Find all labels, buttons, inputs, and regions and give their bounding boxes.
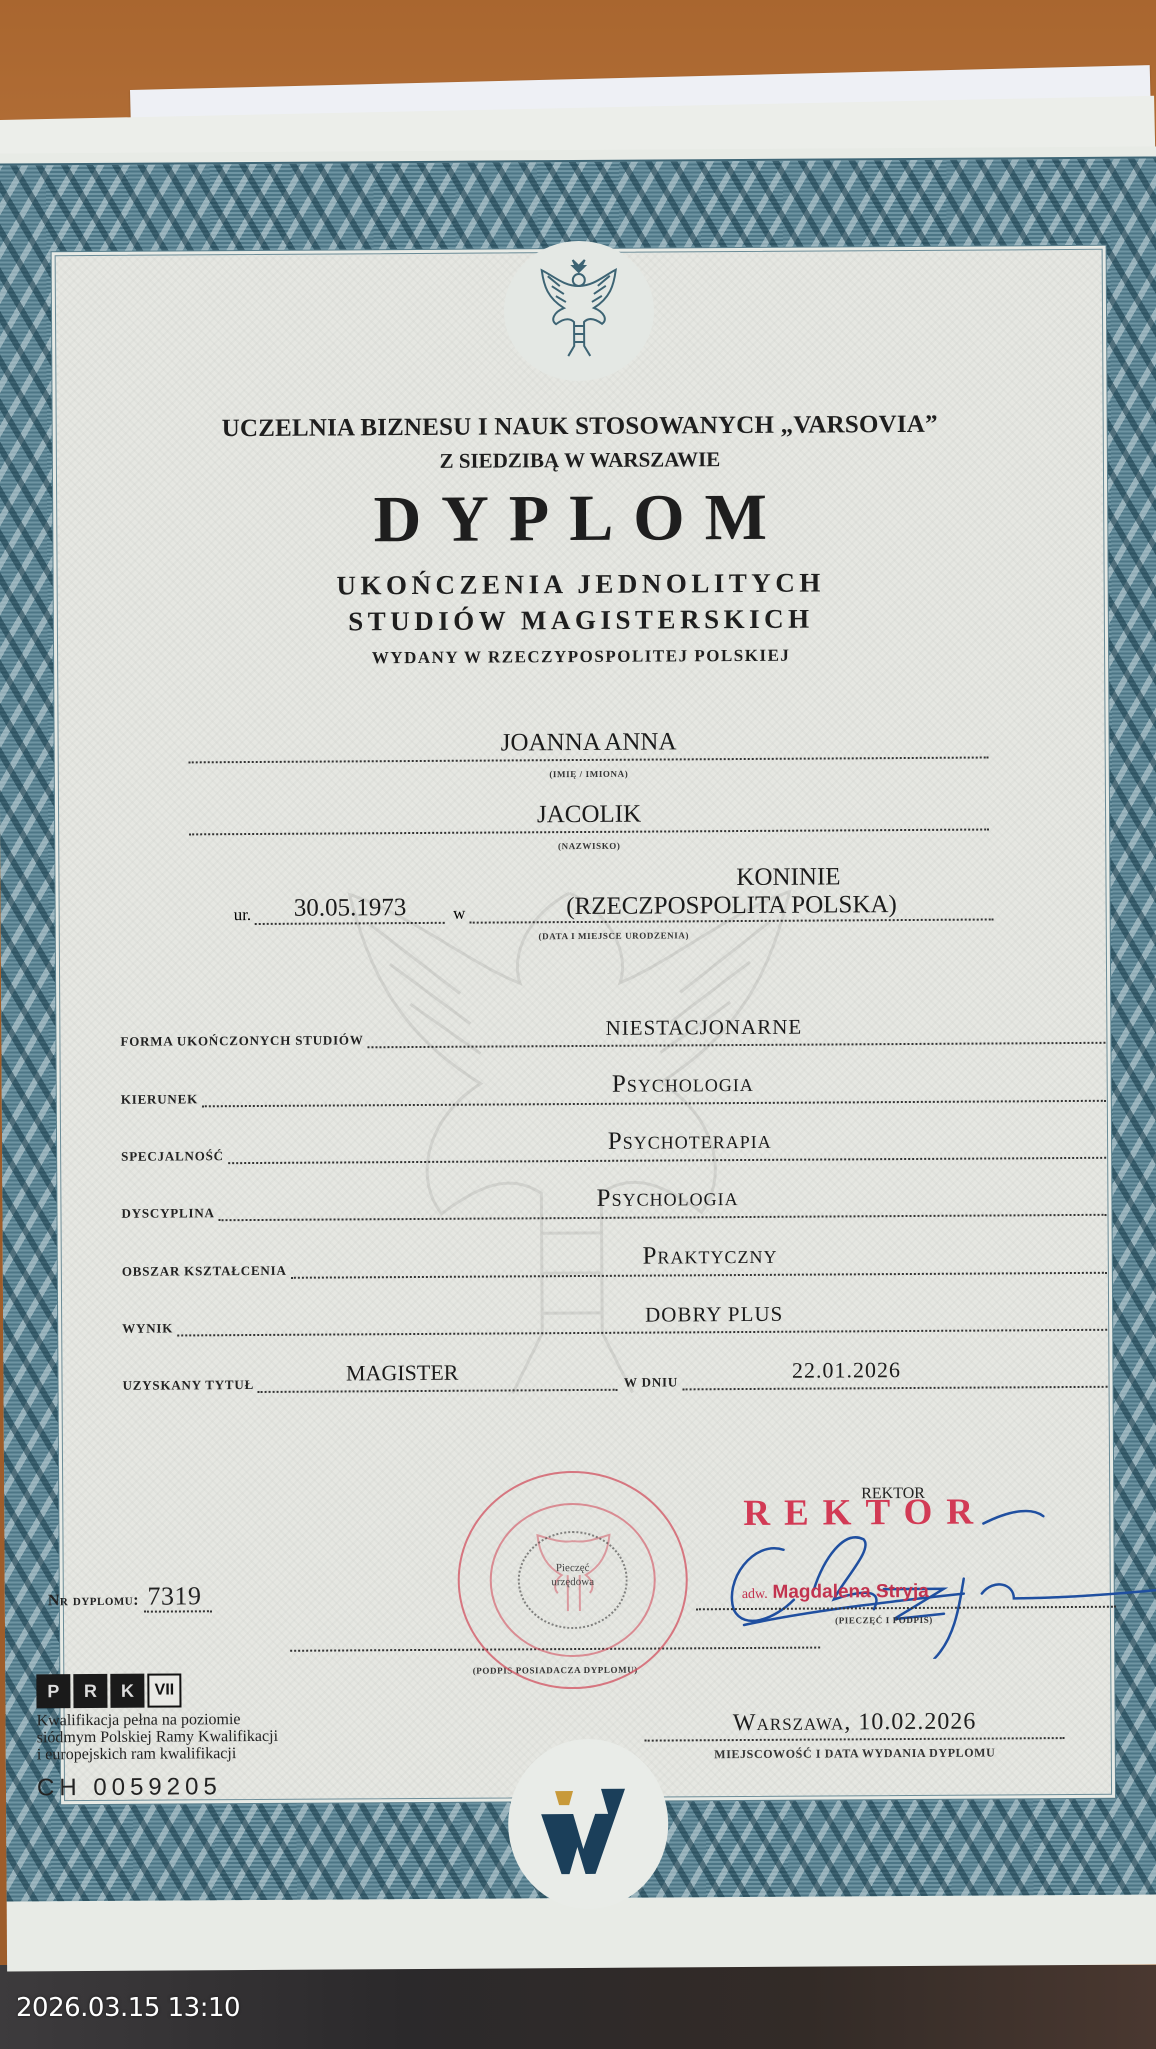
surname-field: JACOLIK (NAZWISKO) xyxy=(189,799,989,854)
birth-place-line1: KONINIE xyxy=(663,863,913,893)
first-names-value: JOANNA ANNA xyxy=(189,727,989,764)
field-label: FORMA UKOŃCZONYCH STUDIÓW xyxy=(120,1032,363,1049)
varsovia-w-logo-icon xyxy=(508,1738,669,1909)
prk-description: Kwalifikacja pełna na poziomie siódmym P… xyxy=(37,1711,279,1763)
university-name: UCZELNIA BIZNESU I NAUK STOSOWANYCH „VAR… xyxy=(57,410,1103,444)
field-value: Psychologia xyxy=(612,1070,754,1099)
rector-name-line: adw. Magdalena Stryja xyxy=(742,1581,929,1604)
diploma-inner-panel: UCZELNIA BIZNESU I NAUK STOSOWANYCH „VAR… xyxy=(55,249,1112,1801)
document-subtitle-line2: STUDIÓW MAGISTERSKICH xyxy=(58,602,1104,639)
field-row-wynik: WYNIK DOBRY PLUS xyxy=(122,1315,1107,1337)
issue-place-date-caption: MIEJSCOWOŚĆ I DATA WYDANIA DYPLOMU xyxy=(645,1745,1065,1763)
field-label: OBSZAR KSZTAŁCENIA xyxy=(122,1263,287,1280)
issued-in-text: WYDANY W RZECZYPOSPOLITEJ POLSKIEJ xyxy=(58,644,1104,670)
first-names-caption: (IMIĘ / IMIONA) xyxy=(189,767,989,782)
issue-place-date: Warszawa, 10.02.2026 MIEJSCOWOŚĆ I DATA … xyxy=(645,1708,1065,1763)
rector-prefix: adw. xyxy=(742,1587,768,1602)
field-row-specjalnosc: SPECJALNOŚĆ Psychoterapia xyxy=(121,1143,1106,1165)
field-row-obszar: OBSZAR KSZTAŁCENIA Praktyczny xyxy=(122,1258,1107,1280)
polish-eagle-icon xyxy=(504,241,655,382)
surname-caption: (NAZWISKO) xyxy=(189,839,989,854)
photo-timestamp: 2026.03.15 13:10 xyxy=(16,1993,240,2023)
field-row-kierunek: KIERUNEK Psychologia xyxy=(121,1086,1106,1108)
prk-letter: R xyxy=(73,1674,107,1708)
field-value: DOBRY PLUS xyxy=(645,1302,783,1328)
surname-value: JACOLIK xyxy=(189,799,989,836)
degree-label: UZYSKANY TYTUŁ xyxy=(122,1377,254,1394)
prk-level: VII xyxy=(147,1673,181,1707)
field-label: SPECJALNOŚĆ xyxy=(121,1148,224,1165)
issue-place-date-value: Warszawa, 10.02.2026 xyxy=(645,1708,1065,1738)
diploma-sheet: UCZELNIA BIZNESU I NAUK STOSOWANYCH „VAR… xyxy=(0,146,1156,1971)
prk-badge: P R K VII xyxy=(36,1673,184,1708)
guilloche-border: UCZELNIA BIZNESU I NAUK STOSOWANYCH „VAR… xyxy=(0,156,1156,1901)
serial-number: CH 0059205 xyxy=(37,1773,222,1802)
birth-date-value: 30.05.1973 xyxy=(255,894,445,925)
rector-caption: (PIECZĘĆ I PODPIS) xyxy=(744,1614,1024,1626)
rector-name: Magdalena Stryja xyxy=(772,1581,928,1603)
field-row-dyscyplina: DYSCYPLINA Psychologia xyxy=(121,1200,1106,1222)
official-stamp: Pieczęć urzędowa xyxy=(457,1470,688,1689)
prk-letter: K xyxy=(110,1674,144,1708)
stamp-text-line1: Pieczęć xyxy=(460,1560,686,1575)
birth-place-line2: (RZECZPOSPOLITA POLSKA) xyxy=(469,890,993,923)
degree-value: MAGISTER xyxy=(346,1360,459,1387)
field-row-form: FORMA UKOŃCZONYCH STUDIÓW NIESTACJONARNE xyxy=(120,1028,1105,1050)
birth-field: KONINIE ur. 30.05.1973 w (RZECZPOSPOLITA… xyxy=(233,862,993,943)
field-label: KIERUNEK xyxy=(121,1091,198,1107)
document-subtitle-line1: UKOŃCZENIA JEDNOLITYCH xyxy=(58,566,1104,603)
born-label: ur. xyxy=(234,905,252,925)
diploma-number: Nr dyplomu: 7319 xyxy=(48,1581,212,1612)
field-value: NIESTACJONARNE xyxy=(605,1015,802,1041)
degree-date-label: W DNIU xyxy=(624,1374,678,1390)
prk-description-line: siódmym Polskiej Ramy Kwalifikacji xyxy=(37,1728,278,1746)
in-label: w xyxy=(453,904,465,924)
field-value: Psychologia xyxy=(597,1184,739,1213)
stamp-text-line2: urzędowa xyxy=(460,1574,686,1589)
prk-description-line: Kwalifikacja pełna na poziomie xyxy=(37,1711,278,1729)
diploma-number-label: Nr dyplomu: xyxy=(48,1592,139,1610)
prk-description-line: i europejskich ram kwalifikacji xyxy=(37,1745,278,1763)
degree-date-value: 22.01.2026 xyxy=(792,1357,901,1384)
field-row-degree: UZYSKANY TYTUŁ MAGISTER W DNIU 22.01.202… xyxy=(122,1372,1107,1394)
photo-scene: UCZELNIA BIZNESU I NAUK STOSOWANYCH „VAR… xyxy=(0,0,1156,2049)
field-value: Praktyczny xyxy=(642,1242,777,1271)
university-seat: Z SIEDZIBĄ W WARSZAWIE xyxy=(57,445,1103,476)
document-title: DYPLOM xyxy=(57,478,1103,560)
field-value: Psychoterapia xyxy=(608,1127,772,1156)
prk-letter: P xyxy=(36,1674,70,1708)
diploma-number-value: 7319 xyxy=(143,1581,211,1612)
rector-signature-icon xyxy=(713,1497,1156,1660)
field-label: DYSCYPLINA xyxy=(121,1205,214,1222)
first-names-field: JOANNA ANNA (IMIĘ / IMIONA) xyxy=(189,727,989,782)
field-label: WYNIK xyxy=(122,1320,173,1336)
